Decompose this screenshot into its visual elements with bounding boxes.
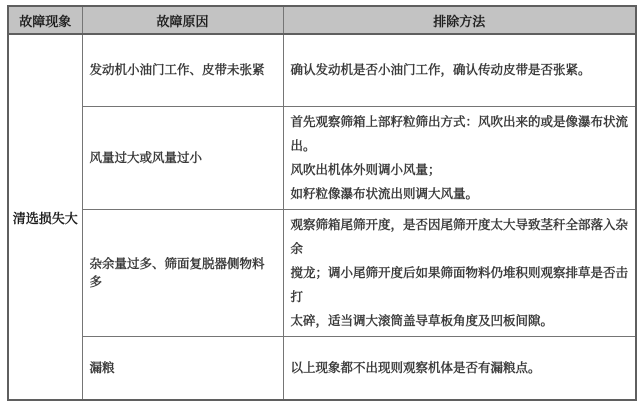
table-row: 漏粮 以上现象都不出现则观察机体是否有漏粮点。 bbox=[8, 336, 636, 350]
method-cell-airflow: 首先观察筛箱上部籽粒筛出方式：风吹出来的或是像瀑布状流出。 风吹出机体外则调小风… bbox=[283, 106, 636, 209]
table-row: 杂余量过多、筛面复脱器侧物料多 观察筛箱尾筛开度，是否因尾筛开度太大导致茎秆全部… bbox=[8, 209, 636, 336]
cause-cell-tailings: 杂余量过多、筛面复脱器侧物料多 bbox=[82, 209, 283, 336]
table-row: 风量过大或风量过小 首先观察筛箱上部籽粒筛出方式：风吹出来的或是像瀑布状流出。 … bbox=[8, 106, 636, 209]
table-header-row: 故障现象 故障原因 排除方法 bbox=[8, 6, 636, 34]
table-row: 清选损失大 发动机小油门工作、皮带未张紧 确认发动机是否小油门工作，确认传动皮带… bbox=[8, 34, 636, 106]
header-cell-fault-phenomenon: 故障现象 bbox=[8, 6, 82, 34]
header-cell-remedy-method: 排除方法 bbox=[283, 6, 636, 34]
cause-cell-airflow: 风量过大或风量过小 bbox=[82, 106, 283, 209]
troubleshooting-table-container: 故障现象 故障原因 排除方法 清选损失大 发动机小油门工作、皮带未张紧 确认发动… bbox=[7, 5, 635, 343]
phenomenon-cell-cleaning-loss: 清选损失大 bbox=[8, 34, 82, 350]
troubleshooting-table: 故障现象 故障原因 排除方法 清选损失大 发动机小油门工作、皮带未张紧 确认发动… bbox=[7, 5, 637, 350]
method-cell-engine-throttle-belt: 确认发动机是否小油门工作，确认传动皮带是否张紧。 bbox=[283, 34, 636, 106]
method-cell-tailings: 观察筛箱尾筛开度，是否因尾筛开度太大导致茎秆全部落入杂余 搅龙；调小尾筛开度后如… bbox=[283, 209, 636, 336]
method-cell-grain-leak: 以上现象都不出现则观察机体是否有漏粮点。 bbox=[283, 336, 636, 350]
header-cell-fault-cause: 故障原因 bbox=[82, 6, 283, 34]
cause-cell-engine-throttle-belt: 发动机小油门工作、皮带未张紧 bbox=[82, 34, 283, 106]
cause-cell-grain-leak: 漏粮 bbox=[82, 336, 283, 350]
